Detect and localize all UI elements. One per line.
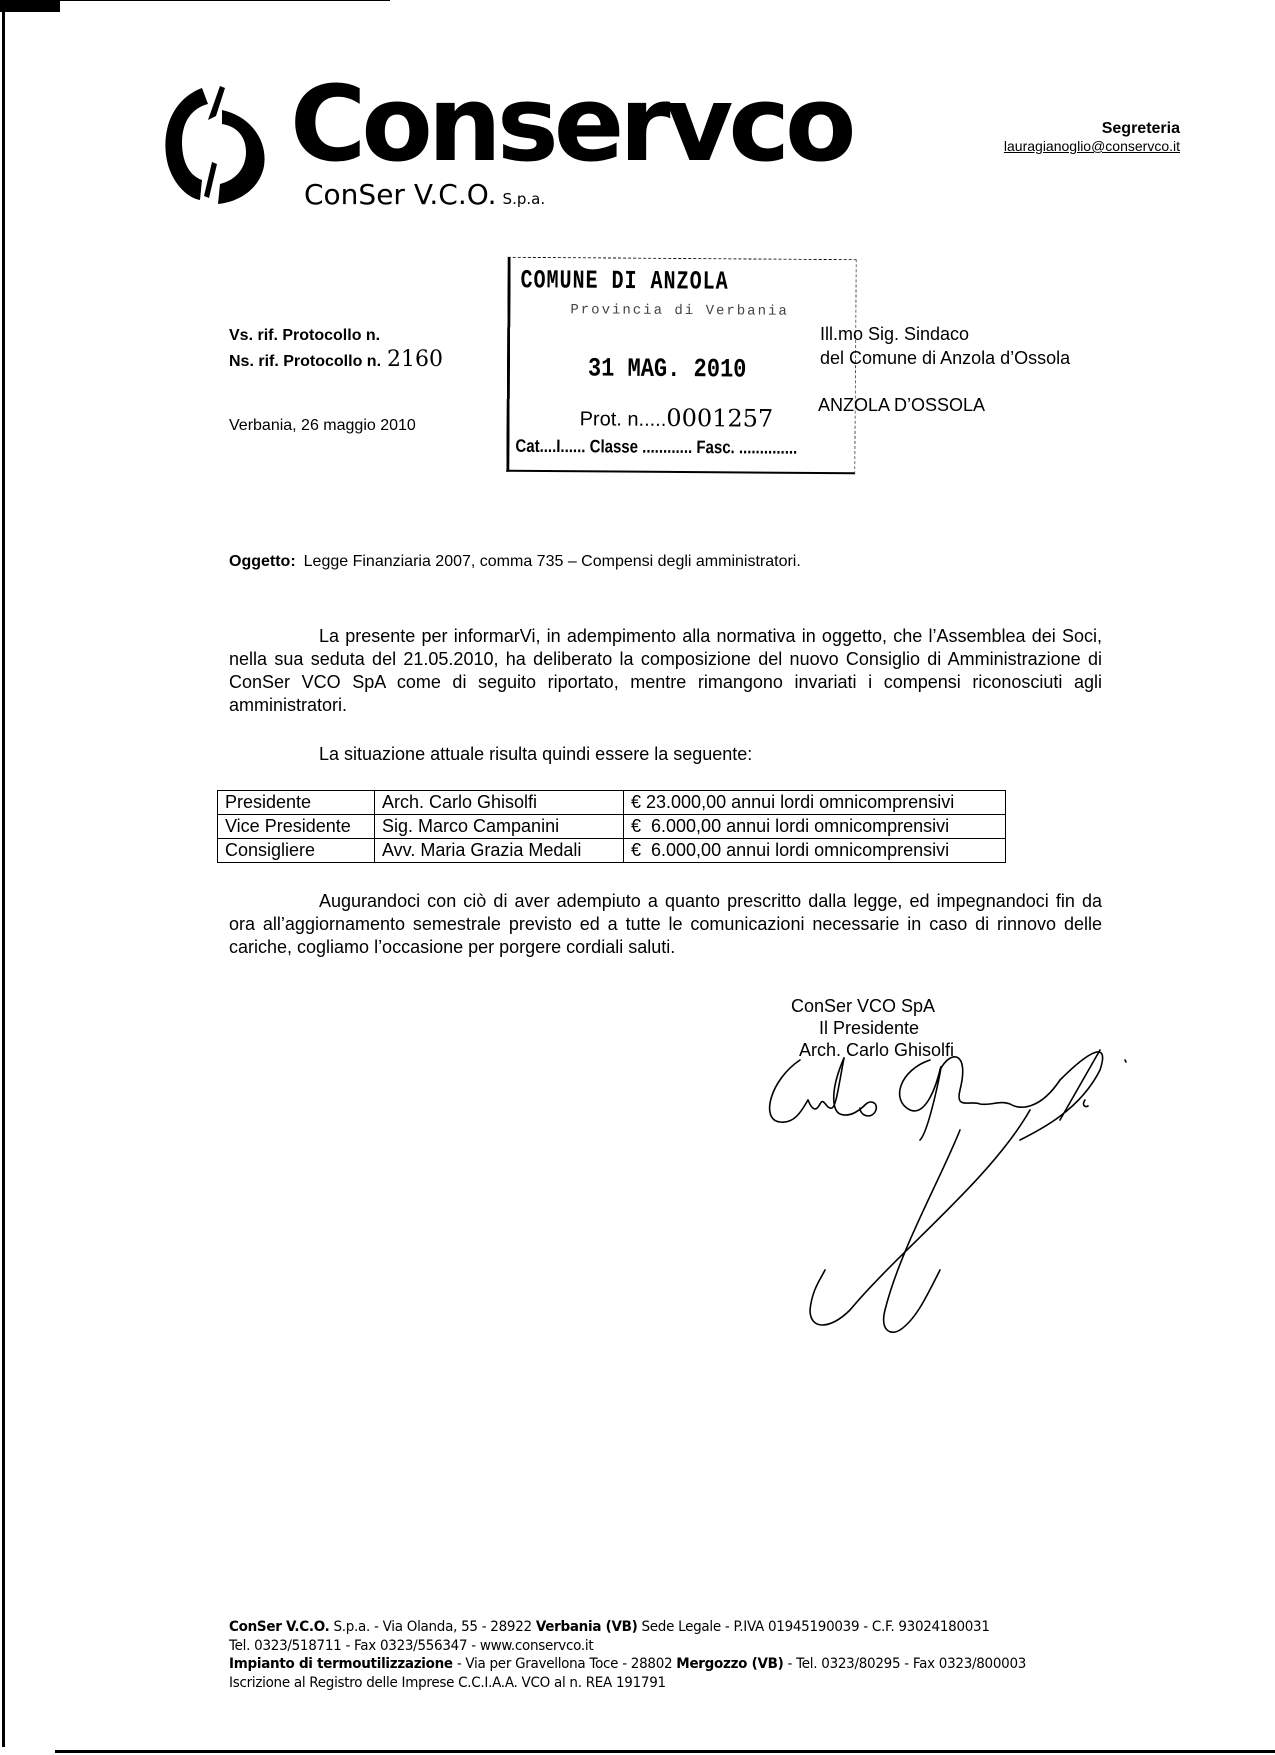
- subject-text: Legge Finanziaria 2007, comma 735 – Comp…: [304, 553, 801, 570]
- conservco-logo-icon: [160, 80, 270, 205]
- company-footer: ConSer V.C.O. S.p.a. - Via Olanda, 55 - …: [229, 1618, 1026, 1692]
- body-paragraph-3: Augurandoci con ciò di aver adempiuto a …: [229, 890, 1102, 959]
- role-cell: Vice Presidente: [218, 815, 375, 839]
- footer-line-2: Tel. 0323/518711 - Fax 0323/556347 - www…: [229, 1637, 1026, 1656]
- name-cell: Avv. Maria Grazia Medali: [375, 839, 624, 863]
- compensation-cell: € 23.000,00 annui lordi omnicomprensivi: [624, 791, 1006, 815]
- subject-line: Oggetto:Legge Finanziaria 2007, comma 73…: [229, 553, 801, 571]
- compensation-cell: € 6.000,00 annui lordi omnicomprensivi: [624, 815, 1006, 839]
- compensation-cell: € 6.000,00 annui lordi omnicomprensivi: [624, 839, 1006, 863]
- stamp-cat-value: I: [556, 436, 560, 456]
- table-row: Consigliere Avv. Maria Grazia Medali € 6…: [218, 839, 1006, 863]
- name-cell: Arch. Carlo Ghisolfi: [375, 791, 624, 815]
- body-paragraph-3-text: Augurandoci con ciò di aver adempiuto a …: [229, 891, 1102, 957]
- board-compensation-table: Presidente Arch. Carlo Ghisolfi € 23.000…: [217, 790, 1006, 863]
- body-paragraph-1-text: La presente per informarVi, in adempimen…: [229, 626, 1102, 715]
- subject-label: Oggetto:: [229, 553, 296, 570]
- stamp-classe-label: Classe: [590, 437, 639, 458]
- ns-ref: Ns. rif. Protocollo n.2160: [229, 348, 443, 374]
- logo-subtitle-text: ConSer V.C.O.: [304, 178, 497, 211]
- role-cell: Consigliere: [218, 839, 375, 863]
- sender-contact: Segreteria lauragianoglio@conservco.it: [1004, 120, 1180, 155]
- email-link[interactable]: lauragianoglio@conservco.it: [1004, 138, 1180, 154]
- signoff-company: ConSer VCO SpA: [791, 995, 954, 1017]
- footer-plant-address: - Via per Gravellona Toce - 28802: [453, 1656, 676, 1672]
- handwritten-signature: [740, 1030, 1140, 1350]
- footer-line-1: ConSer V.C.O. S.p.a. - Via Olanda, 55 - …: [229, 1618, 1026, 1637]
- stamp-prot-label: Prot. n.: [580, 408, 645, 430]
- footer-plant-contacts: - Tel. 0323/80295 - Fax 0323/800003: [784, 1656, 1027, 1672]
- recipient-line1: Ill.mo Sig. Sindaco: [820, 322, 1070, 346]
- logo-subtitle: ConSer V.C.O.S.p.a.: [304, 178, 545, 211]
- table-row: Vice Presidente Sig. Marco Campanini € 6…: [218, 815, 1006, 839]
- body-paragraph-1: La presente per informarVi, in adempimen…: [229, 625, 1102, 717]
- scan-artifact: [60, 0, 390, 1]
- footer-company: ConSer V.C.O.: [229, 1619, 329, 1635]
- protocol-references: Vs. rif. Protocollo n. Ns. rif. Protocol…: [229, 324, 443, 374]
- footer-city: Verbania (VB): [536, 1619, 638, 1635]
- scan-artifact: [2, 12, 5, 1747]
- vs-ref-label: Vs. rif. Protocollo n.: [229, 327, 380, 344]
- scan-artifact: [0, 0, 60, 12]
- stamp-category: Cat....I...... Classe ............ Fasc.…: [515, 436, 797, 458]
- footer-tax: Sede Legale - P.IVA 01945190039 - C.F. 9…: [638, 1619, 990, 1635]
- recipient-city: ANZOLA D’OSSOLA: [818, 395, 985, 416]
- stamp-protocol: Prot. n.....0001257: [580, 403, 774, 432]
- role-cell: Presidente: [218, 791, 375, 815]
- place-date: Verbania, 26 maggio 2010: [229, 417, 416, 435]
- stamp-title: COMUNE DI ANZOLA: [520, 266, 728, 297]
- footer-line-4: Iscrizione al Registro delle Imprese C.C…: [229, 1674, 1026, 1693]
- stamp-subtitle: Provincia di Verbania: [570, 302, 789, 320]
- stamp-prot-value: 0001257: [666, 404, 773, 433]
- footer-plant: Impianto di termoutilizzazione: [229, 1656, 453, 1672]
- stamp-fasc-label: Fasc.: [696, 437, 735, 458]
- logo-suffix: S.p.a.: [503, 190, 546, 208]
- stamp-cat-label: Cat.: [515, 436, 543, 457]
- recipient-line2: del Comune di Anzola d’Ossola: [820, 346, 1070, 370]
- footer-plant-city: Mergozzo (VB): [676, 1656, 783, 1672]
- vs-ref: Vs. rif. Protocollo n.: [229, 324, 443, 348]
- ns-ref-value: 2160: [387, 347, 443, 372]
- footer-line-3: Impianto di termoutilizzazione - Via per…: [229, 1655, 1026, 1674]
- ns-ref-label: Ns. rif. Protocollo n.: [229, 353, 381, 370]
- department-label: Segreteria: [1004, 120, 1180, 138]
- logo-wordmark: Conservco: [290, 72, 851, 176]
- stamp-date: 31 MAG. 2010: [588, 354, 747, 385]
- body-paragraph-2: La situazione attuale risulta quindi ess…: [319, 743, 752, 766]
- protocol-stamp: COMUNE DI ANZOLA Provincia di Verbania 3…: [506, 257, 856, 474]
- table-row: Presidente Arch. Carlo Ghisolfi € 23.000…: [218, 791, 1006, 815]
- name-cell: Sig. Marco Campanini: [375, 815, 624, 839]
- recipient-address: Ill.mo Sig. Sindaco del Comune di Anzola…: [820, 322, 1070, 370]
- scan-artifact: [55, 1750, 1275, 1753]
- footer-address: S.p.a. - Via Olanda, 55 - 28922: [329, 1619, 535, 1635]
